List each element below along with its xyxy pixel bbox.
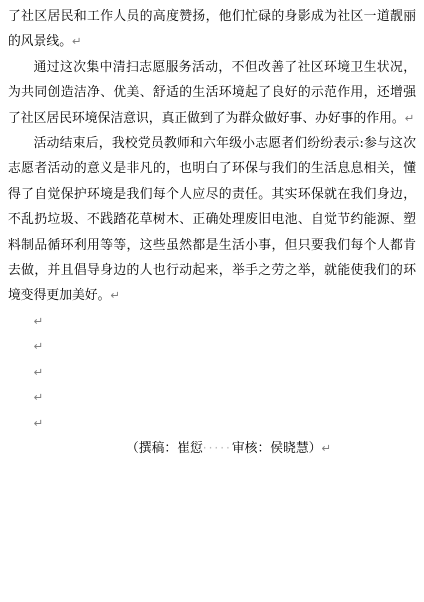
pilcrow-mark-icon: ↵	[34, 339, 44, 353]
pilcrow-mark-icon: ↵	[321, 441, 331, 455]
paragraph-text: 活动结束后，我校党员教师和六年级小志愿者们纷纷表示:参与这次志愿者活动的意义是非…	[8, 136, 416, 303]
pilcrow-mark-icon: ↵	[72, 34, 82, 48]
attribution-author: （撰稿：崔愆	[126, 441, 203, 456]
pilcrow-mark-icon: ↵	[34, 365, 44, 379]
pilcrow-mark-icon: ↵	[34, 390, 44, 404]
space-dots-mark: ·····	[203, 441, 232, 455]
paragraph-text: 通过这次集中清扫志愿服务活动，不但改善了社区环境卫生状况，为共同创造洁净、优美、…	[8, 60, 416, 126]
attribution-line: （撰稿：崔愆·····审核：侯晓慧）↵	[0, 436, 424, 461]
paragraph-2: 通过这次集中清扫志愿服务活动，不但改善了社区环境卫生状况，为共同创造洁净、优美、…	[0, 55, 424, 131]
empty-paragraph: ↵	[0, 411, 424, 436]
attribution-reviewer: 审核：侯晓慧）	[232, 441, 322, 456]
pilcrow-mark-icon: ↵	[405, 111, 415, 125]
pilcrow-mark-icon: ↵	[34, 416, 44, 430]
paragraph-continuation: 了社区居民和工作人员的高度赞扬，他们忙碌的身影成为社区一道靓丽的风景线。↵	[0, 4, 424, 55]
pilcrow-mark-icon: ↵	[34, 314, 44, 328]
pilcrow-mark-icon: ↵	[110, 288, 120, 302]
paragraph-3: 活动结束后，我校党员教师和六年级小志愿者们纷纷表示:参与这次志愿者活动的意义是非…	[0, 131, 424, 309]
empty-paragraph: ↵	[0, 334, 424, 359]
document-page[interactable]: 了社区居民和工作人员的高度赞扬，他们忙碌的身影成为社区一道靓丽的风景线。↵ 通过…	[0, 0, 424, 602]
empty-paragraph: ↵	[0, 360, 424, 385]
empty-paragraph: ↵	[0, 309, 424, 334]
paragraph-text: 了社区居民和工作人员的高度赞扬，他们忙碌的身影成为社区一道靓丽的风景线。	[8, 9, 416, 49]
empty-paragraph: ↵	[0, 385, 424, 410]
